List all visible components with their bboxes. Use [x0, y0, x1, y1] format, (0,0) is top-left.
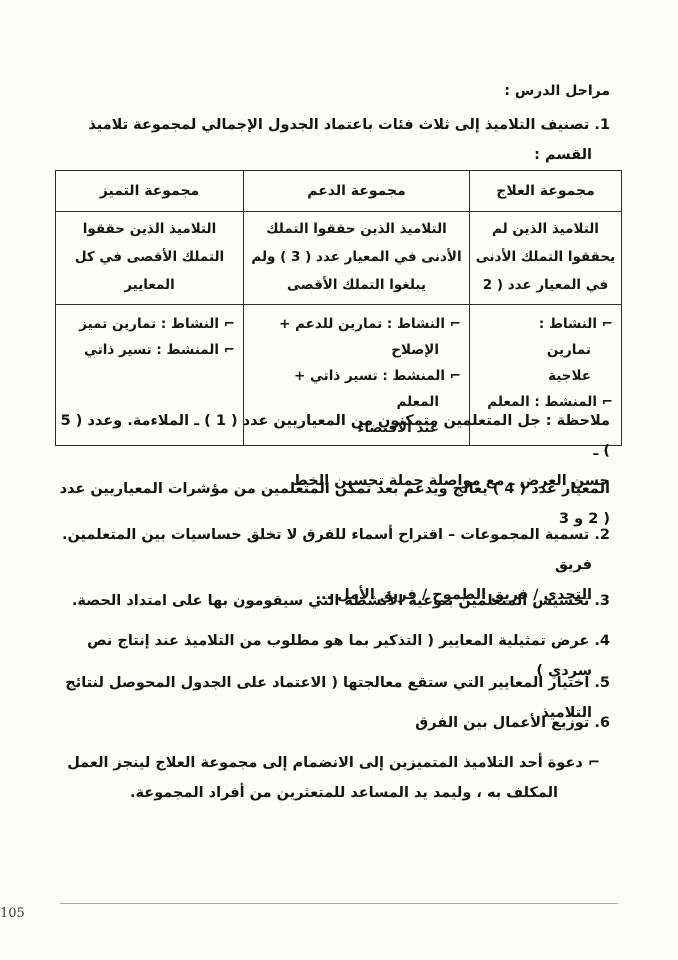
document-page: مراحل الدرس : 1. تصنيف التلاميذ إلى ثلاث…: [0, 0, 678, 960]
header-excellence-group: مجموعة التميز: [56, 171, 244, 212]
support-activity-line: ⌐ النشاط : تمارين للدعم + الإصلاح: [248, 311, 461, 363]
header-treatment-group: مجموعة العلاج: [470, 171, 622, 212]
excellence-facilitator-line: ⌐ المنشط : تسير ذاتي: [60, 337, 235, 363]
support-group-description: التلاميذ الذين حققوا التملك الأدنى في ال…: [244, 212, 470, 305]
step-3-awareness: 3. تحسيس المتعلمين بنوعية الأنشطة التي س…: [58, 586, 610, 616]
header-support-group: مجموعة الدعم: [244, 171, 470, 212]
excellence-activity-line: ⌐ النشاط : تمارين تميز: [60, 311, 235, 337]
treatment-activity-line: ⌐ النشاط : تمارين علاجية: [474, 311, 613, 389]
step-6-work-distribution: 6. توزيع الأعمال بين الفرق: [58, 708, 610, 738]
footer-divider: [60, 903, 618, 904]
table-description-row: التلاميذ الذين لم يحققوا التملك الأدنى ف…: [56, 212, 622, 305]
step-1-classification: 1. تصنيف التلاميذ إلى ثلاث فئات باعتماد …: [58, 110, 610, 170]
page-number: 105: [0, 906, 616, 921]
treatment-group-description: التلاميذ الذين لم يحققوا التملك الأدنى ف…: [470, 212, 622, 305]
table-header-row: مجموعة العلاج مجموعة الدعم مجموعة التميز: [56, 171, 622, 212]
page-title: مراحل الدرس :: [58, 76, 610, 106]
closing-invitation-note: ⌐ دعوة أحد التلاميذ المتميزين إلى الانضم…: [58, 748, 610, 808]
excellence-group-description: التلاميذ الذين حققوا التملك الأقصى في كل…: [56, 212, 244, 305]
groups-table: مجموعة العلاج مجموعة الدعم مجموعة التميز…: [55, 170, 622, 446]
